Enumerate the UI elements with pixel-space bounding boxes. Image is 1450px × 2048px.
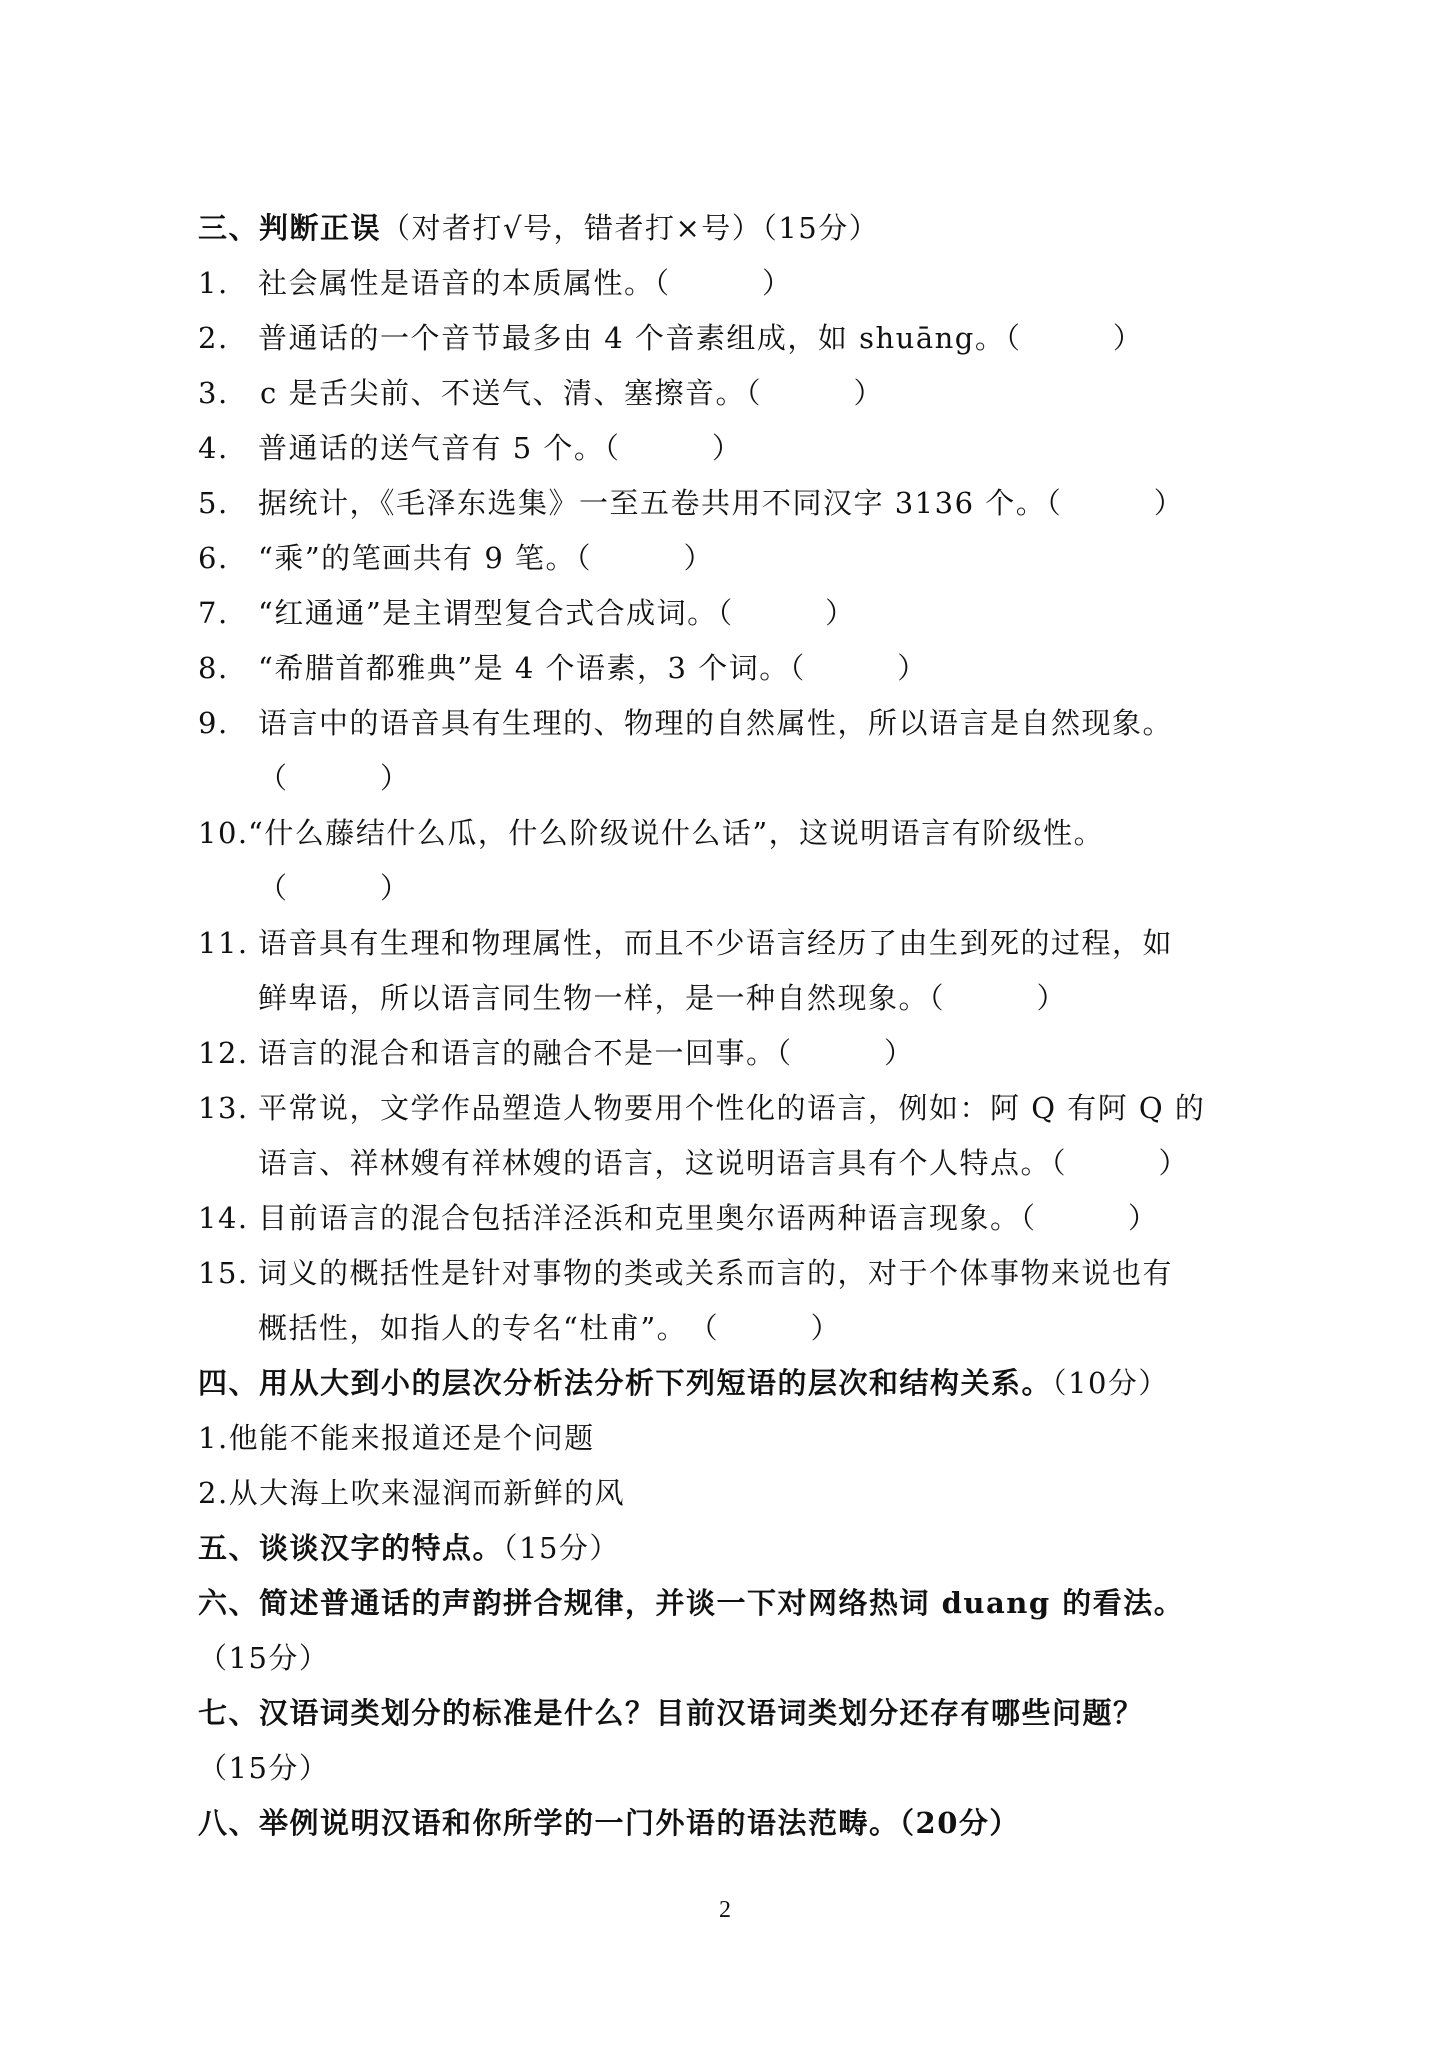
- page-number: 2: [0, 1897, 1450, 1924]
- item-text: 语言中的语音具有生理的、物理的自然属性，所以语言是自然现象。: [258, 703, 1173, 743]
- section-7-title: 七、汉语词类划分的标准是什么？目前汉语词类划分还存有哪些问题？: [198, 1696, 1144, 1730]
- section-7-heading: 七、汉语词类划分的标准是什么？目前汉语词类划分还存有哪些问题？: [198, 1693, 1144, 1733]
- section-6-score: （15分）: [198, 1638, 329, 1678]
- item-text: 社会属性是语音的本质属性。（ ）: [258, 263, 793, 303]
- section-4-heading: 四、用从大到小的层次分析法分析下列短语的层次和结构关系。（10分）: [198, 1363, 1169, 1403]
- item-number: 7.: [198, 593, 229, 633]
- phrase-item: 1.他能不能来报道还是个问题: [198, 1418, 595, 1458]
- item-continuation: （ ）: [258, 758, 411, 798]
- section-8-score: （20分）: [900, 1806, 1020, 1840]
- section-7-score: （15分）: [198, 1748, 329, 1788]
- phrase-item: 2.从大海上吹来湿润而新鲜的风: [198, 1473, 625, 1513]
- section-3-title: 三、判断正误: [198, 211, 381, 245]
- section-6-heading: 六、简述普通话的声韵拼合规律，并谈一下对网络热词 duang 的看法。: [198, 1583, 1184, 1623]
- item-number: 12.: [198, 1033, 249, 1073]
- item-number: 9.: [198, 703, 229, 743]
- item-text: “希腊首都雅典”是 4 个语素，3 个词。（ ）: [258, 648, 928, 688]
- item-text: 平常说，文学作品塑造人物要用个性化的语言，例如：阿 Q 有阿 Q 的: [258, 1088, 1205, 1128]
- item-number: 11.: [198, 923, 249, 963]
- exam-page: 三、判断正误（对者打√号，错者打×号）（15分） 1.社会属性是语音的本质属性。…: [0, 0, 1450, 2048]
- item-continuation: 概括性，如指人的专名“杜甫”。 （ ）: [258, 1308, 841, 1348]
- item-number: 3.: [198, 373, 229, 413]
- section-6-title: 六、简述普通话的声韵拼合规律，并谈一下对网络热词 duang 的看法。: [198, 1586, 1184, 1620]
- section-3-heading: 三、判断正误（对者打√号，错者打×号）（15分）: [198, 208, 879, 248]
- section-8-heading: 八、举例说明汉语和你所学的一门外语的语法范畴。（20分）: [198, 1803, 1020, 1843]
- section-4-title: 四、用从大到小的层次分析法分析下列短语的层次和结构关系。: [198, 1366, 1052, 1400]
- item-continuation: 语言、祥林嫂有祥林嫂的语言，这说明语言具有个人特点。（ ）: [258, 1143, 1189, 1183]
- item-text: 目前语言的混合包括洋泾浜和克里奥尔语两种语言现象。（ ）: [258, 1198, 1159, 1238]
- item-number: 8.: [198, 648, 229, 688]
- item-number: 6.: [198, 538, 229, 578]
- section-8-title: 八、举例说明汉语和你所学的一门外语的语法范畴。: [198, 1806, 900, 1840]
- item-text: 普通话的送气音有 5 个。（ ）: [258, 428, 742, 468]
- item-text: 语音具有生理和物理属性，而且不少语言经历了由生到死的过程，如: [258, 923, 1173, 963]
- item-text: 据统计，《毛泽东选集》一至五卷共用不同汉字 3136 个。（ ）: [258, 483, 1184, 523]
- item-continuation: （ ）: [258, 868, 411, 908]
- item-number: 13.: [198, 1088, 249, 1128]
- item-number: 10.: [198, 813, 249, 853]
- item-number: 14.: [198, 1198, 249, 1238]
- item-number: 2.: [198, 318, 229, 358]
- item-number: 5.: [198, 483, 229, 523]
- section-4-score: （10分）: [1052, 1366, 1169, 1400]
- item-number: 1.: [198, 263, 229, 303]
- item-text: “什么藤结什么瓜，什么阶级说什么话”，这说明语言有阶级性。: [248, 813, 1104, 853]
- item-number: 15.: [198, 1253, 249, 1293]
- section-5-title: 五、谈谈汉字的特点。: [198, 1531, 503, 1565]
- item-text: “红通通”是主谓型复合式合成词。（ ）: [258, 593, 856, 633]
- section-5-heading: 五、谈谈汉字的特点。（15分）: [198, 1528, 620, 1568]
- item-text: “乘”的笔画共有 9 笔。（ ）: [258, 538, 714, 578]
- item-text: 词义的概括性是针对事物的类或关系而言的，对于个体事物来说也有: [258, 1253, 1173, 1293]
- item-continuation: 鲜卑语，所以语言同生物一样，是一种自然现象。（ ）: [258, 978, 1067, 1018]
- section-5-score: （15分）: [503, 1531, 620, 1565]
- item-text: 普通话的一个音节最多由 4 个音素组成，如 shuāng。（ ）: [258, 318, 1143, 358]
- section-3-note: （对者打√号，错者打×号）（15分）: [381, 211, 879, 245]
- item-text: c 是舌尖前、不送气、清、塞擦音。（ ）: [260, 373, 884, 413]
- item-text: 语言的混合和语言的融合不是一回事。（ ）: [258, 1033, 915, 1073]
- item-number: 4.: [198, 428, 229, 468]
